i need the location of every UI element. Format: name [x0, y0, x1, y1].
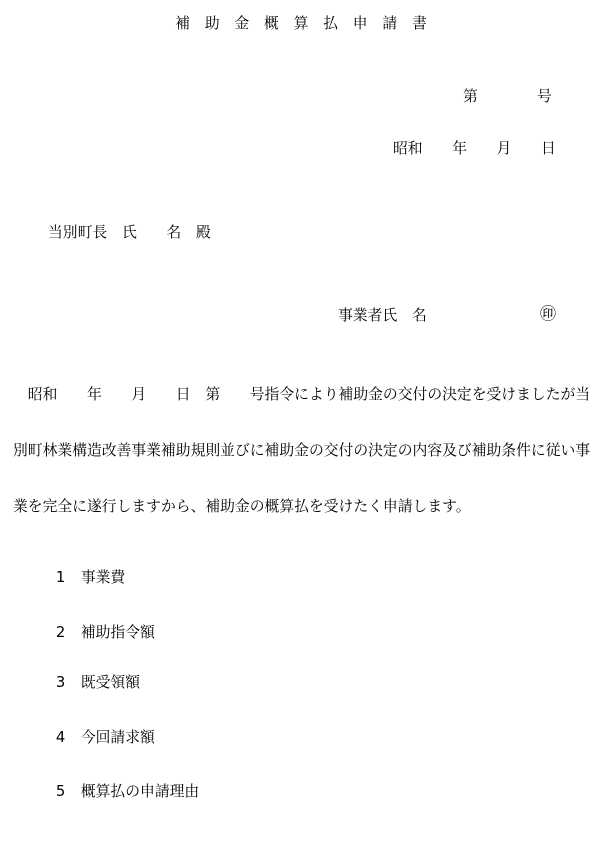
applicant-name-label: 事業者氏 名	[338, 309, 427, 324]
body-paragraph-line-2: 別町林業構造改善事業補助規則並びに補助金の交付の決定の内容及び補助条件に従い事	[13, 444, 590, 459]
document-date-line: 昭和 年 月 日	[393, 142, 556, 157]
list-item-number: 5	[56, 785, 81, 800]
list-item-label: 事業費	[81, 569, 125, 586]
list-item-subsidy-directive-amount: 2補助指令額	[37, 611, 155, 655]
list-item-project-cost: 1事業費	[37, 556, 125, 600]
application-form-page: 補 助 金 概 算 払 申 請 書 第 号 昭和 年 月 日 当別町長 氏 名 …	[0, 0, 602, 853]
document-number-line: 第 号	[463, 90, 552, 105]
list-item-number: 2	[56, 626, 81, 641]
list-item-number: 3	[56, 676, 81, 691]
seal-placeholder-mark: ㊞	[540, 306, 556, 322]
body-paragraph-line-1: 昭和 年 月 日 第 号指令により補助金の交付の決定を受けましたが当	[13, 388, 590, 403]
body-paragraph-line-3: 業を完全に遂行しますから、補助金の概算払を受けたく申請します。	[13, 500, 471, 515]
list-item-number: 4	[56, 731, 81, 746]
list-item-label: 今回請求額	[81, 729, 155, 746]
document-title: 補 助 金 概 算 払 申 請 書	[0, 17, 602, 32]
addressee-line: 当別町長 氏 名 殿	[48, 226, 211, 241]
list-item-label: 補助指令額	[81, 624, 155, 641]
list-item-number: 1	[56, 571, 81, 586]
list-item-current-claim-amount: 4今回請求額	[37, 716, 155, 760]
list-item-reason-for-application: 5概算払の申請理由	[37, 770, 199, 814]
list-item-amount-already-received: 3既受領額	[37, 661, 140, 705]
list-item-label: 概算払の申請理由	[81, 783, 199, 800]
list-item-label: 既受領額	[81, 674, 140, 691]
